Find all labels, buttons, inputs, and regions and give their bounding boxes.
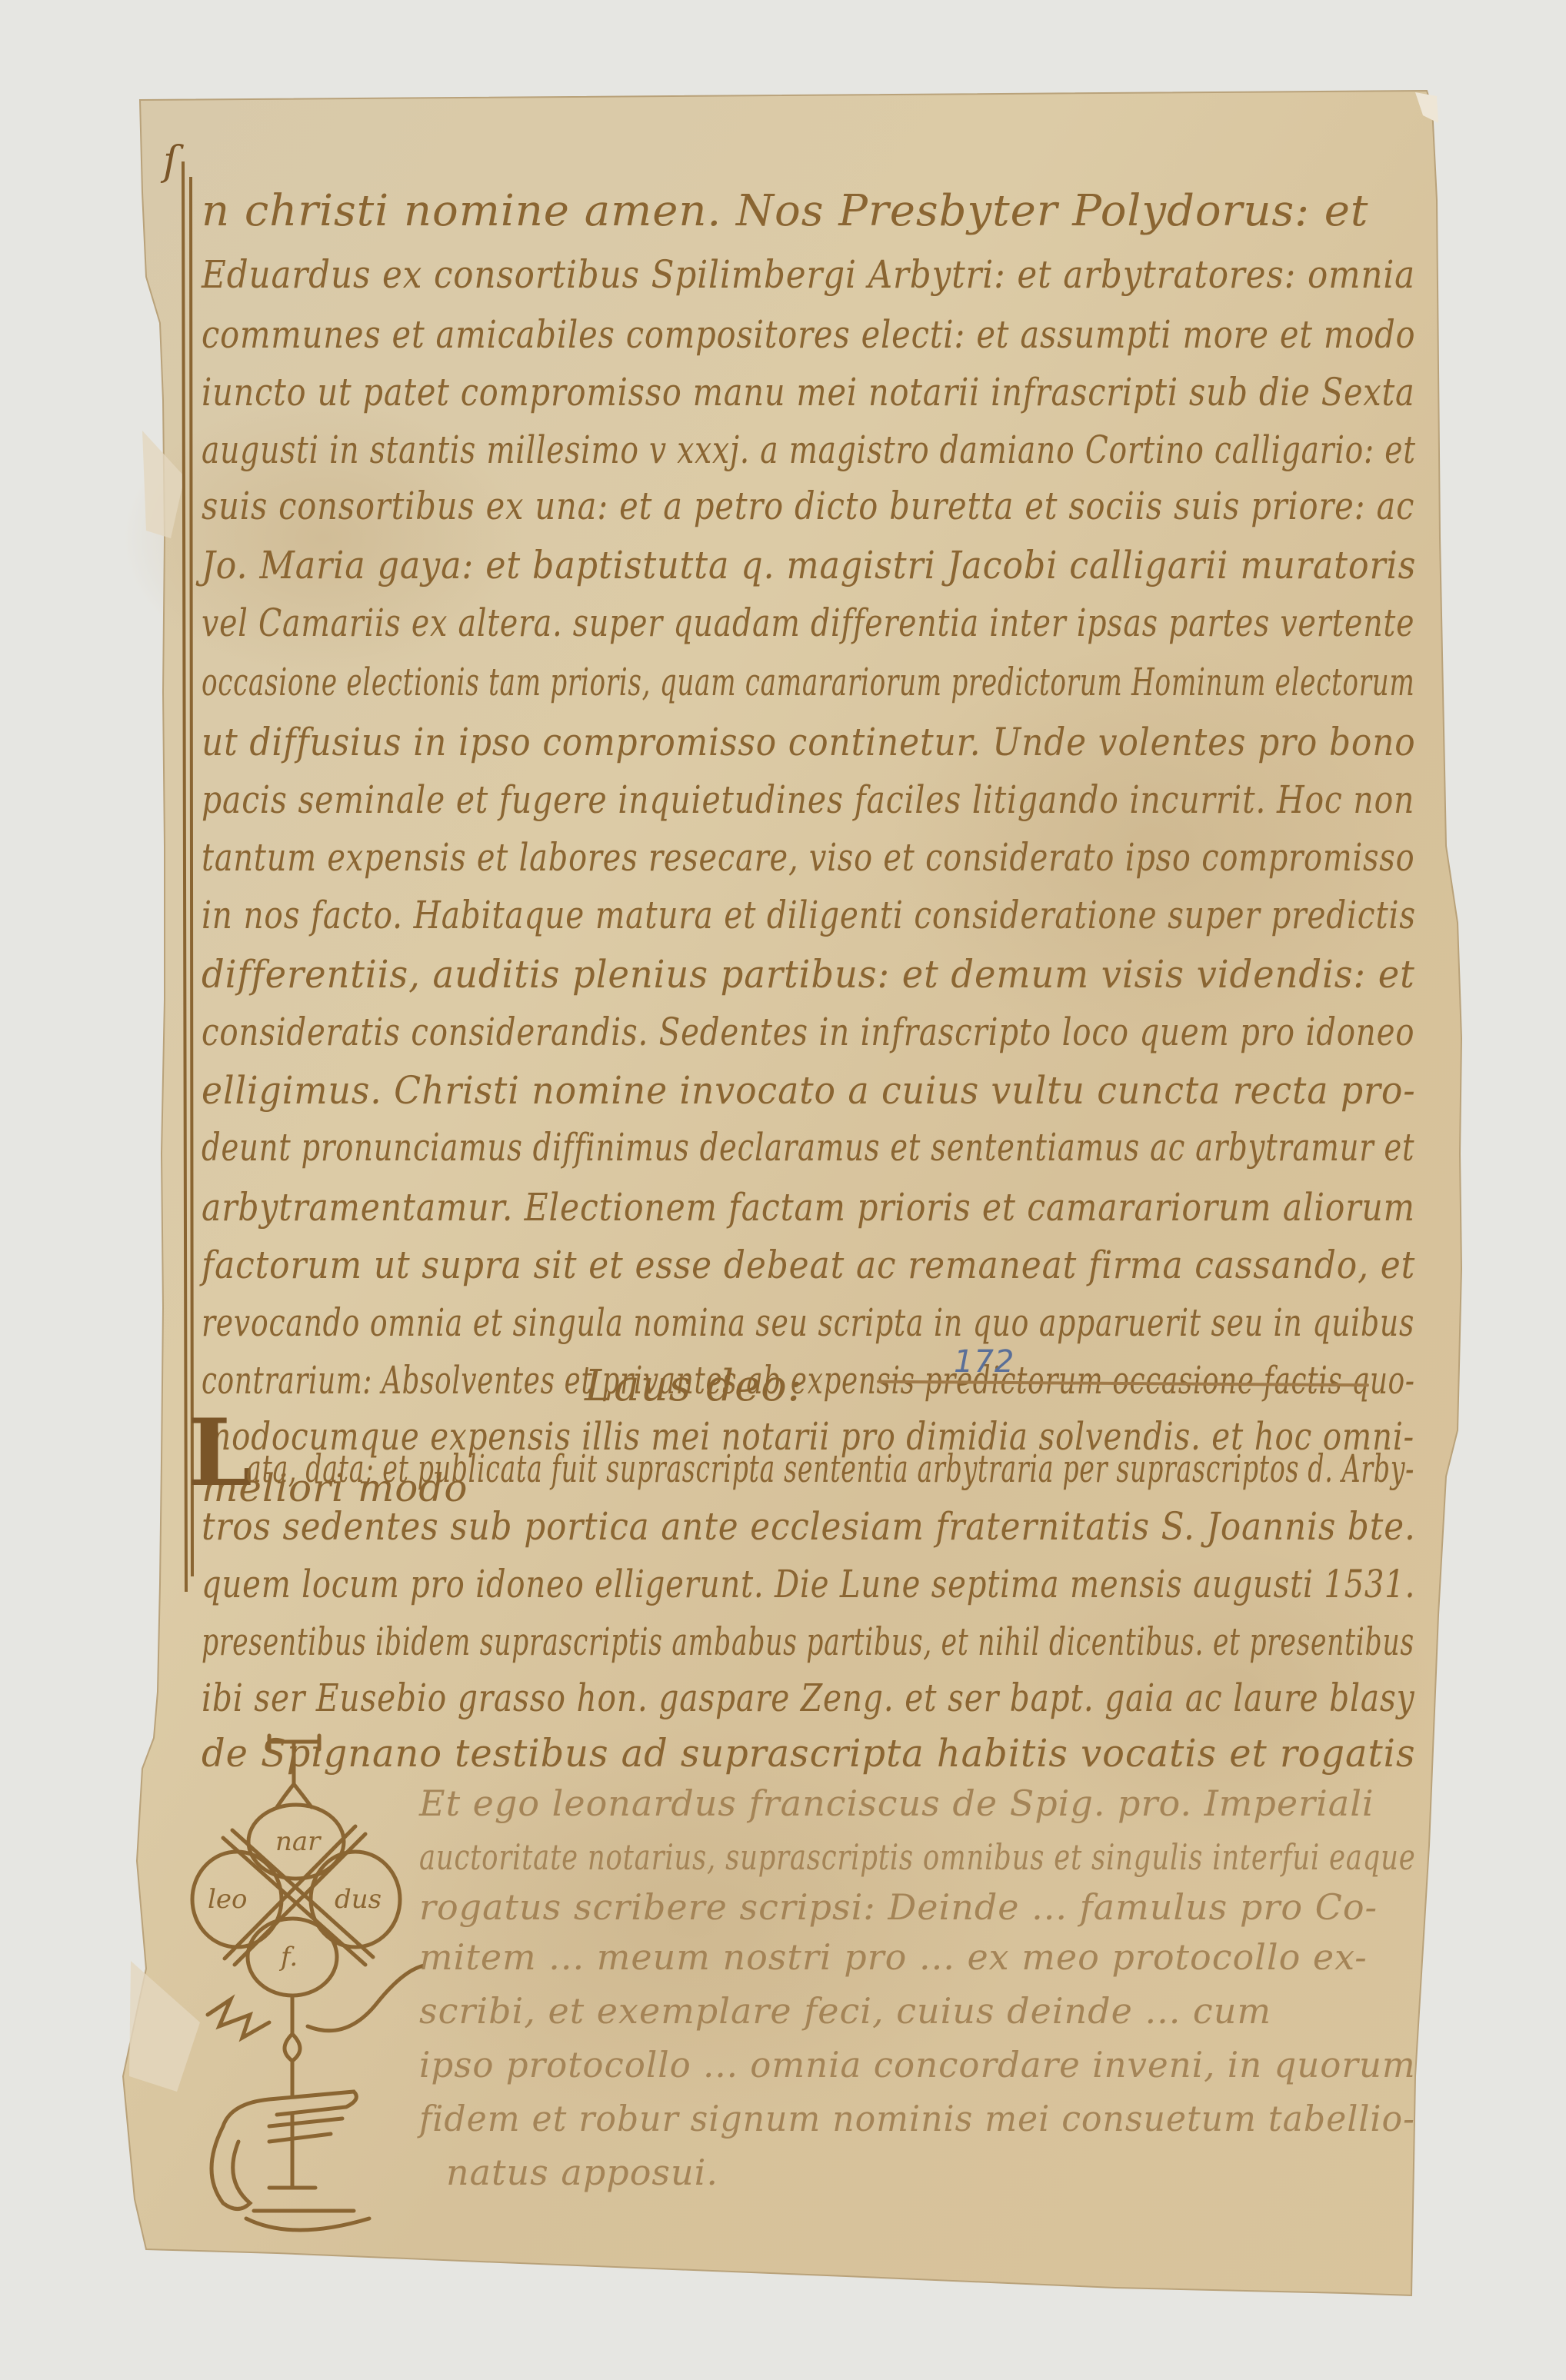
text-line: scribi, et exemplare feci, cuius deinde … — [419, 1988, 1271, 2034]
text-line: auctoritate notarius, suprascriptis omni… — [419, 1834, 1416, 1880]
notary-sign-lobe-right: dus — [335, 1884, 382, 1915]
notary-sign-lobe-top: nar — [275, 1826, 320, 1857]
text-line: factorum ut supra sit et esse debeat ac … — [202, 1242, 1415, 1288]
text-line: Jo. Maria gaya: et baptistutta q. magist… — [202, 542, 1416, 588]
initial-letter-l: L — [188, 1407, 252, 1500]
laus-deo-closing: Laus deo: — [585, 1361, 803, 1411]
text-line: natus apposui. — [446, 2149, 718, 2195]
folio-number: 172 — [954, 1344, 1015, 1380]
text-line: quem locum pro idoneo elligerunt. Die Lu… — [202, 1561, 1415, 1607]
text-line: deunt pronunciamus diffinimus declaramus… — [202, 1124, 1414, 1170]
text-line: fidem et robur signum nominis mei consue… — [419, 2095, 1415, 2142]
text-line: in nos facto. Habitaque matura et dilige… — [202, 892, 1416, 938]
text-line: tros sedentes sub portica ante ecclesiam… — [202, 1503, 1416, 1549]
text-line: rogatus scribere scripsi: Deinde ... fam… — [419, 1884, 1378, 1930]
text-line: consideratis considerandis. Sedentes in … — [202, 1009, 1414, 1055]
initial-letter-i — [175, 161, 197, 1592]
text-line: suis consortibus ex una: et a petro dict… — [202, 483, 1414, 529]
text-line: ut diffusius in ipso compromisso contine… — [202, 719, 1416, 765]
notary-sign: nar leo dus f. — [177, 1711, 423, 2234]
initial-i-flourish: ſ — [163, 138, 178, 185]
text-line: vel Camariis ex altera. super quadam dif… — [202, 600, 1414, 646]
text-line: n christi nomine amen. Nos Presbyter Pol… — [202, 188, 1368, 235]
text-line: tantum expensis et labores resecare, vis… — [202, 834, 1414, 880]
notary-sign-lobe-bottom: f. — [281, 1942, 298, 1972]
text-line: augusti in stantis millesimo v xxxj. a m… — [202, 427, 1416, 473]
text-line: occasione electionis tam prioris, quam c… — [202, 659, 1415, 705]
text-line: elligimus. Christi nomine invocato a cui… — [202, 1067, 1416, 1113]
text-line: arbytramentamur. Electionem factam prior… — [202, 1184, 1415, 1230]
text-line: contrarium: Absolventes et privantes ab … — [202, 1357, 1415, 1403]
notary-sign-drawing — [177, 1711, 423, 2234]
text-line: pacis seminale et fugere inquietudines f… — [202, 777, 1414, 823]
text-line: revocando omnia et singula nomina seu sc… — [202, 1300, 1414, 1346]
text-line: Et ego leonardus franciscus de Spig. pro… — [419, 1780, 1374, 1826]
text-line: iuncto ut patet compromisso manu mei not… — [202, 369, 1415, 415]
notary-sign-lobe-left: leo — [208, 1884, 247, 1915]
document-scan: ſ n christi nomine amen. Nos Presbyter P… — [0, 0, 1566, 2380]
text-line: ata, data; et publicata fuit suprascript… — [246, 1446, 1414, 1492]
text-line: communes et amicabiles compositores elec… — [202, 311, 1415, 358]
text-line: Eduardus ex consortibus Spilimbergi Arby… — [202, 251, 1415, 298]
text-line: ipso protocollo ... omnia concordare inv… — [419, 2042, 1416, 2088]
text-line: presentibus ibidem suprascriptis ambabus… — [202, 1619, 1414, 1665]
text-line: differentiis, auditis plenius partibus: … — [202, 951, 1415, 997]
text-line: mitem ... meum nostri pro ... ex meo pro… — [419, 1934, 1368, 1980]
